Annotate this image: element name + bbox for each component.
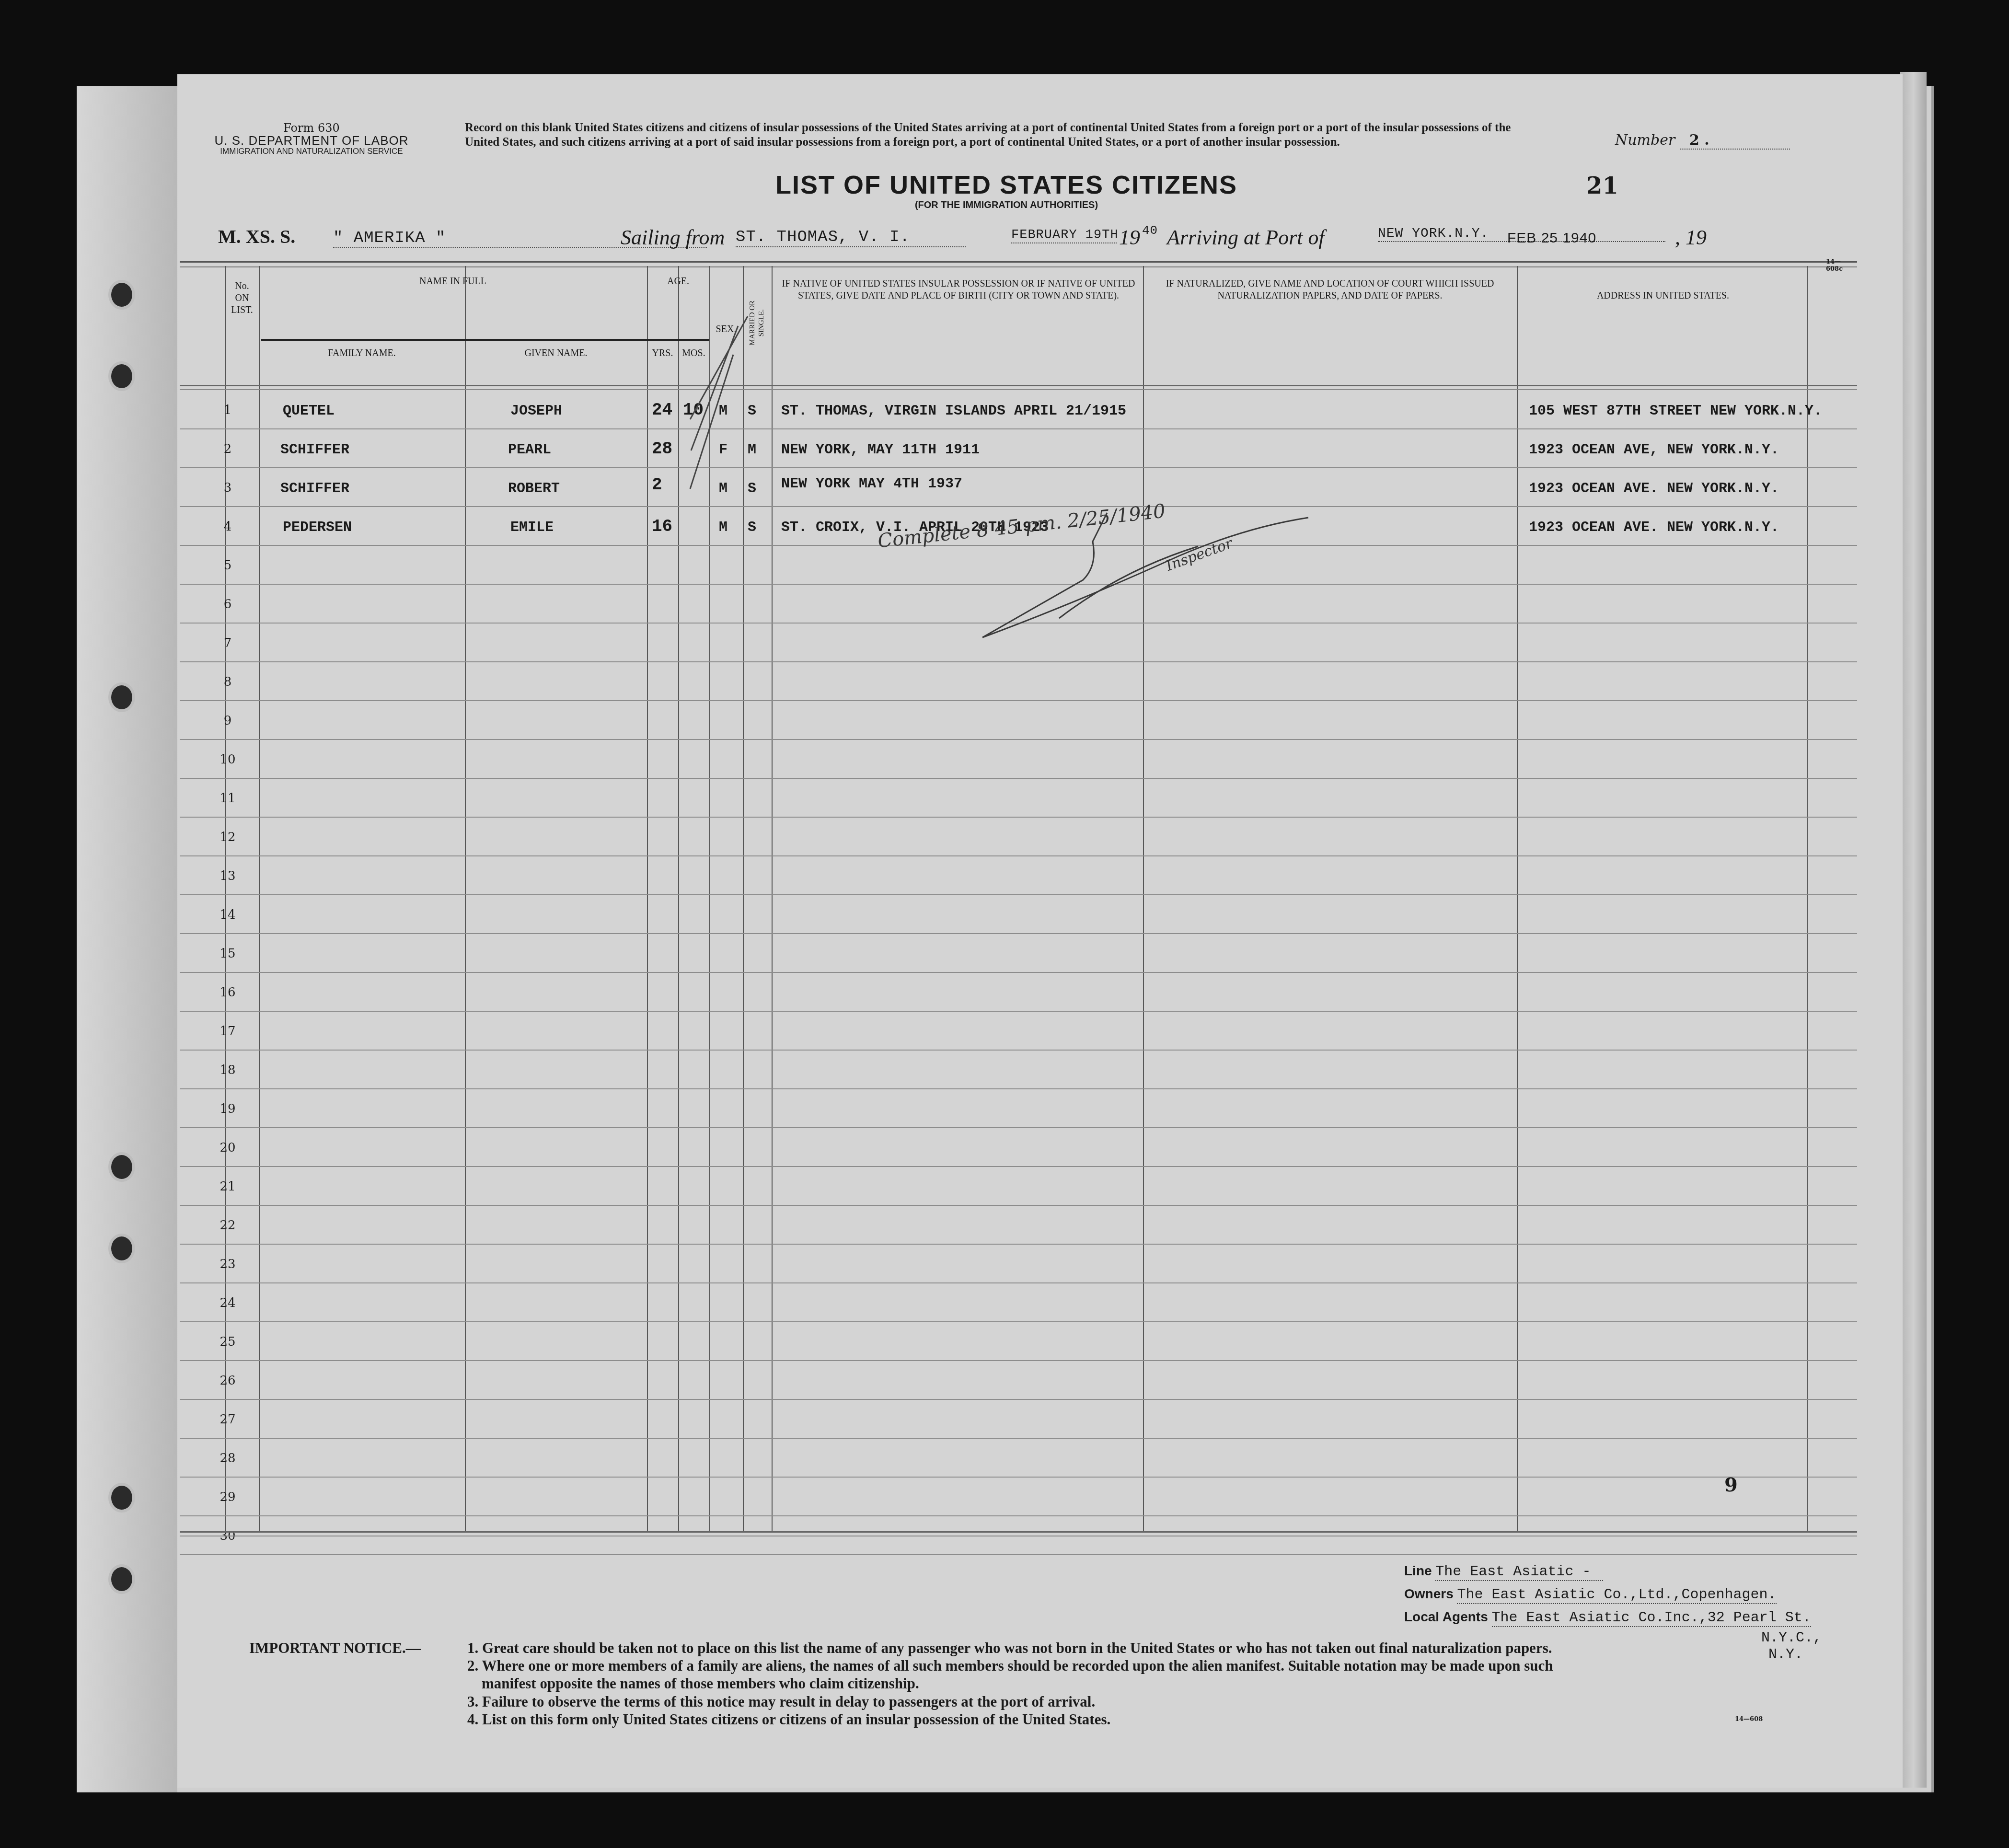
- given-name: EMILE: [510, 520, 554, 536]
- punch-hole-icon: [111, 1567, 132, 1591]
- notice-item: 2. Where one or more members of a family…: [467, 1657, 1553, 1675]
- header-age: AGE.: [647, 276, 709, 288]
- row-number: 18: [208, 1063, 247, 1077]
- table-row: 13: [180, 856, 1857, 895]
- check-marks-icon: [637, 307, 752, 508]
- line-field: Line The East Asiatic -: [1404, 1563, 1603, 1581]
- punch-hole-icon: [111, 1155, 132, 1179]
- sex: M: [719, 520, 727, 536]
- address: 1923 OCEAN AVE. NEW YORK.N.Y.: [1529, 520, 1779, 536]
- table-bottom-rule: [180, 1531, 1857, 1536]
- line-label: Line: [1404, 1563, 1432, 1578]
- notice-items: 1. Great care should be taken not to pla…: [467, 1639, 1553, 1728]
- sheet-edge: [1900, 72, 1927, 1788]
- given-name: PEARL: [508, 442, 551, 458]
- number-label: Number: [1615, 132, 1675, 149]
- table-row: 19: [180, 1089, 1857, 1128]
- marital-status: S: [748, 520, 756, 536]
- birth-info: ST. THOMAS, VIRGIN ISLANDS APRIL 21/1915: [781, 403, 1126, 419]
- table-row: 3 SCHIFFER ROBERT 2 M S NEW YORK MAY 4TH…: [180, 468, 1857, 507]
- owners-label: Owners: [1404, 1586, 1454, 1601]
- table-row: 14: [180, 895, 1857, 934]
- row-number: 11: [208, 791, 247, 806]
- notice-item: manifest opposite the names of those mem…: [467, 1675, 1553, 1692]
- header-family-name: FAMILY NAME.: [261, 347, 462, 359]
- row-number: 3: [208, 481, 247, 495]
- inspector-signature-icon: [978, 508, 1323, 647]
- row-number: 6: [208, 597, 247, 612]
- row-number: 17: [208, 1024, 247, 1039]
- table-row: 1 QUETEL JOSEPH 24 10 M S ST. THOMAS, VI…: [180, 391, 1857, 429]
- row-number: 22: [208, 1218, 247, 1233]
- address: 105 WEST 87TH STREET NEW YORK.N.Y.: [1529, 403, 1822, 419]
- table-row: 21: [180, 1167, 1857, 1206]
- page-title: LIST OF UNITED STATES CITIZENS (FOR THE …: [623, 170, 1390, 211]
- service-name: IMMIGRATION AND NATURALIZATION SERVICE: [211, 147, 412, 156]
- table-top-rule: [180, 261, 1857, 267]
- family-name: QUETEL: [283, 403, 335, 419]
- sailing-from-label: Sailing from: [621, 225, 725, 250]
- list-number: Number 2 .: [1615, 132, 1790, 150]
- table-row: 17: [180, 1012, 1857, 1051]
- page-mark: 9: [1724, 1474, 1738, 1496]
- row-number: 21: [208, 1179, 247, 1194]
- row-number: 13: [208, 869, 247, 883]
- agents-cont-2: N.Y.: [1768, 1647, 1803, 1663]
- family-name: SCHIFFER: [280, 442, 349, 458]
- row-number: 1: [208, 403, 247, 417]
- header-no: No. ON LIST.: [228, 280, 256, 316]
- notice-label: IMPORTANT NOTICE.—: [249, 1639, 421, 1657]
- title-text: LIST OF UNITED STATES CITIZENS: [623, 170, 1390, 200]
- agents-label: Local Agents: [1404, 1609, 1488, 1624]
- given-name: ROBERT: [508, 481, 560, 497]
- line-value: The East Asiatic -: [1435, 1564, 1603, 1581]
- punch-hole-icon: [111, 685, 132, 709]
- header-address: ADDRESS IN UNITED STATES.: [1522, 290, 1804, 302]
- punch-hole-icon: [111, 1236, 132, 1260]
- table-row: 8: [180, 662, 1857, 701]
- arrival-year-label: , 19: [1675, 225, 1707, 250]
- arrival-date-stamp: FEB 25 1940: [1507, 230, 1596, 246]
- row-number: 7: [208, 636, 247, 650]
- table-row: 24: [180, 1283, 1857, 1322]
- number-value: 2 .: [1680, 132, 1790, 150]
- form-identifier: Form 630 U. S. DEPARTMENT OF LABOR IMMIG…: [211, 122, 412, 156]
- header-given-name: GIVEN NAME.: [467, 347, 645, 359]
- header-naturalized: IF NATURALIZED, GIVE NAME AND LOCATION O…: [1150, 278, 1510, 302]
- year-prefix: 19: [1119, 225, 1140, 250]
- agents-continuation-2: N.Y.: [1768, 1646, 1803, 1663]
- notice-item: 3. Failure to observe the terms of this …: [467, 1693, 1553, 1710]
- header-name-in-full: NAME IN FULL: [261, 276, 645, 288]
- footer-code: 14—608: [1735, 1716, 1763, 1723]
- printing-code: 14—608c: [1826, 258, 1857, 273]
- form-number: Form 630: [211, 122, 412, 134]
- row-number: 5: [208, 558, 247, 573]
- table-row: 27: [180, 1400, 1857, 1439]
- table-row: 2 SCHIFFER PEARL 28 F M NEW YORK, MAY 11…: [180, 429, 1857, 468]
- voyage-line: M. XS. S. " AMERIKA " Sailing from ST. T…: [218, 225, 1752, 259]
- vessel-prefix: M. XS. S.: [218, 225, 295, 248]
- table-row: 16: [180, 973, 1857, 1012]
- table-row: 10: [180, 740, 1857, 779]
- row-number: 2: [208, 442, 247, 456]
- citizens-table: 14—608c No. ON LIST. NAME IN FULL FAMILY…: [180, 261, 1857, 1531]
- birth-info: NEW YORK, MAY 11TH 1911: [781, 442, 980, 458]
- family-name: PEDERSEN: [283, 520, 352, 536]
- family-name: SCHIFFER: [280, 481, 349, 497]
- binding-strip: [77, 86, 177, 1792]
- agents-continuation-1: N.Y.C.,: [1761, 1629, 1822, 1646]
- header-bottom-rule: [180, 385, 1857, 390]
- row-number: 10: [208, 752, 247, 767]
- row-number: 4: [208, 520, 247, 534]
- agents-value: The East Asiatic Co.Inc.,32 Pearl St.: [1492, 1610, 1811, 1627]
- arriving-label: Arriving at Port of: [1167, 225, 1325, 250]
- given-name: JOSEPH: [510, 403, 562, 419]
- departure-date: FEBRUARY 19TH: [1011, 228, 1117, 243]
- row-number: 15: [208, 947, 247, 961]
- table-row: 12: [180, 818, 1857, 856]
- owners-field: Owners The East Asiatic Co.,Ltd.,Copenha…: [1404, 1586, 1777, 1603]
- punch-hole-icon: [111, 1486, 132, 1510]
- address: 1923 OCEAN AVE. NEW YORK.N.Y.: [1529, 481, 1779, 497]
- table-row: 29: [180, 1478, 1857, 1516]
- row-number: 27: [208, 1412, 247, 1427]
- row-number: 19: [208, 1102, 247, 1116]
- year-suffix: 40: [1142, 223, 1158, 238]
- row-number: 24: [208, 1296, 247, 1310]
- table-row: 22: [180, 1206, 1857, 1245]
- table-row: 28: [180, 1439, 1857, 1478]
- birth-info: NEW YORK MAY 4TH 1937: [781, 476, 962, 492]
- row-number: 26: [208, 1374, 247, 1388]
- form-instructions: Record on this blank United States citiz…: [465, 121, 1543, 149]
- table-row: 26: [180, 1361, 1857, 1400]
- table-row: 23: [180, 1245, 1857, 1283]
- department-name: U. S. DEPARTMENT OF LABOR: [211, 134, 412, 147]
- notice-item: 1. Great care should be taken not to pla…: [467, 1639, 1553, 1657]
- agents-cont-1: N.Y.C.,: [1761, 1630, 1822, 1646]
- row-number: 23: [208, 1257, 247, 1271]
- table-row: 15: [180, 934, 1857, 973]
- row-number: 29: [208, 1490, 247, 1504]
- row-number: 25: [208, 1335, 247, 1349]
- table-row: 18: [180, 1051, 1857, 1089]
- table-row: 11: [180, 779, 1857, 818]
- notice-item: 4. List on this form only United States …: [467, 1710, 1553, 1728]
- row-number: 14: [208, 908, 247, 922]
- row-number: 28: [208, 1451, 247, 1466]
- table-row: 25: [180, 1322, 1857, 1361]
- table-row: 9: [180, 701, 1857, 740]
- header-birth: IF NATIVE OF UNITED STATES INSULAR POSSE…: [779, 278, 1138, 302]
- owners-value: The East Asiatic Co.,Ltd.,Copenhagen.: [1457, 1587, 1776, 1604]
- row-number: 8: [208, 675, 247, 689]
- agents-field: Local Agents The East Asiatic Co.Inc.,32…: [1404, 1609, 1811, 1626]
- punch-hole-icon: [111, 364, 132, 388]
- page-stamp: 21: [1586, 173, 1618, 199]
- table-row: 20: [180, 1128, 1857, 1167]
- subtitle-text: (FOR THE IMMIGRATION AUTHORITIES): [623, 200, 1390, 211]
- sailing-from-value: ST. THOMAS, V. I.: [736, 228, 966, 247]
- row-number: 9: [208, 714, 247, 728]
- row-number: 12: [208, 830, 247, 844]
- address: 1923 OCEAN AVE, NEW YORK.N.Y.: [1529, 442, 1779, 458]
- row-number: 16: [208, 985, 247, 1000]
- row-number: 20: [208, 1141, 247, 1155]
- punch-hole-icon: [111, 283, 132, 307]
- age-years: 16: [652, 517, 672, 536]
